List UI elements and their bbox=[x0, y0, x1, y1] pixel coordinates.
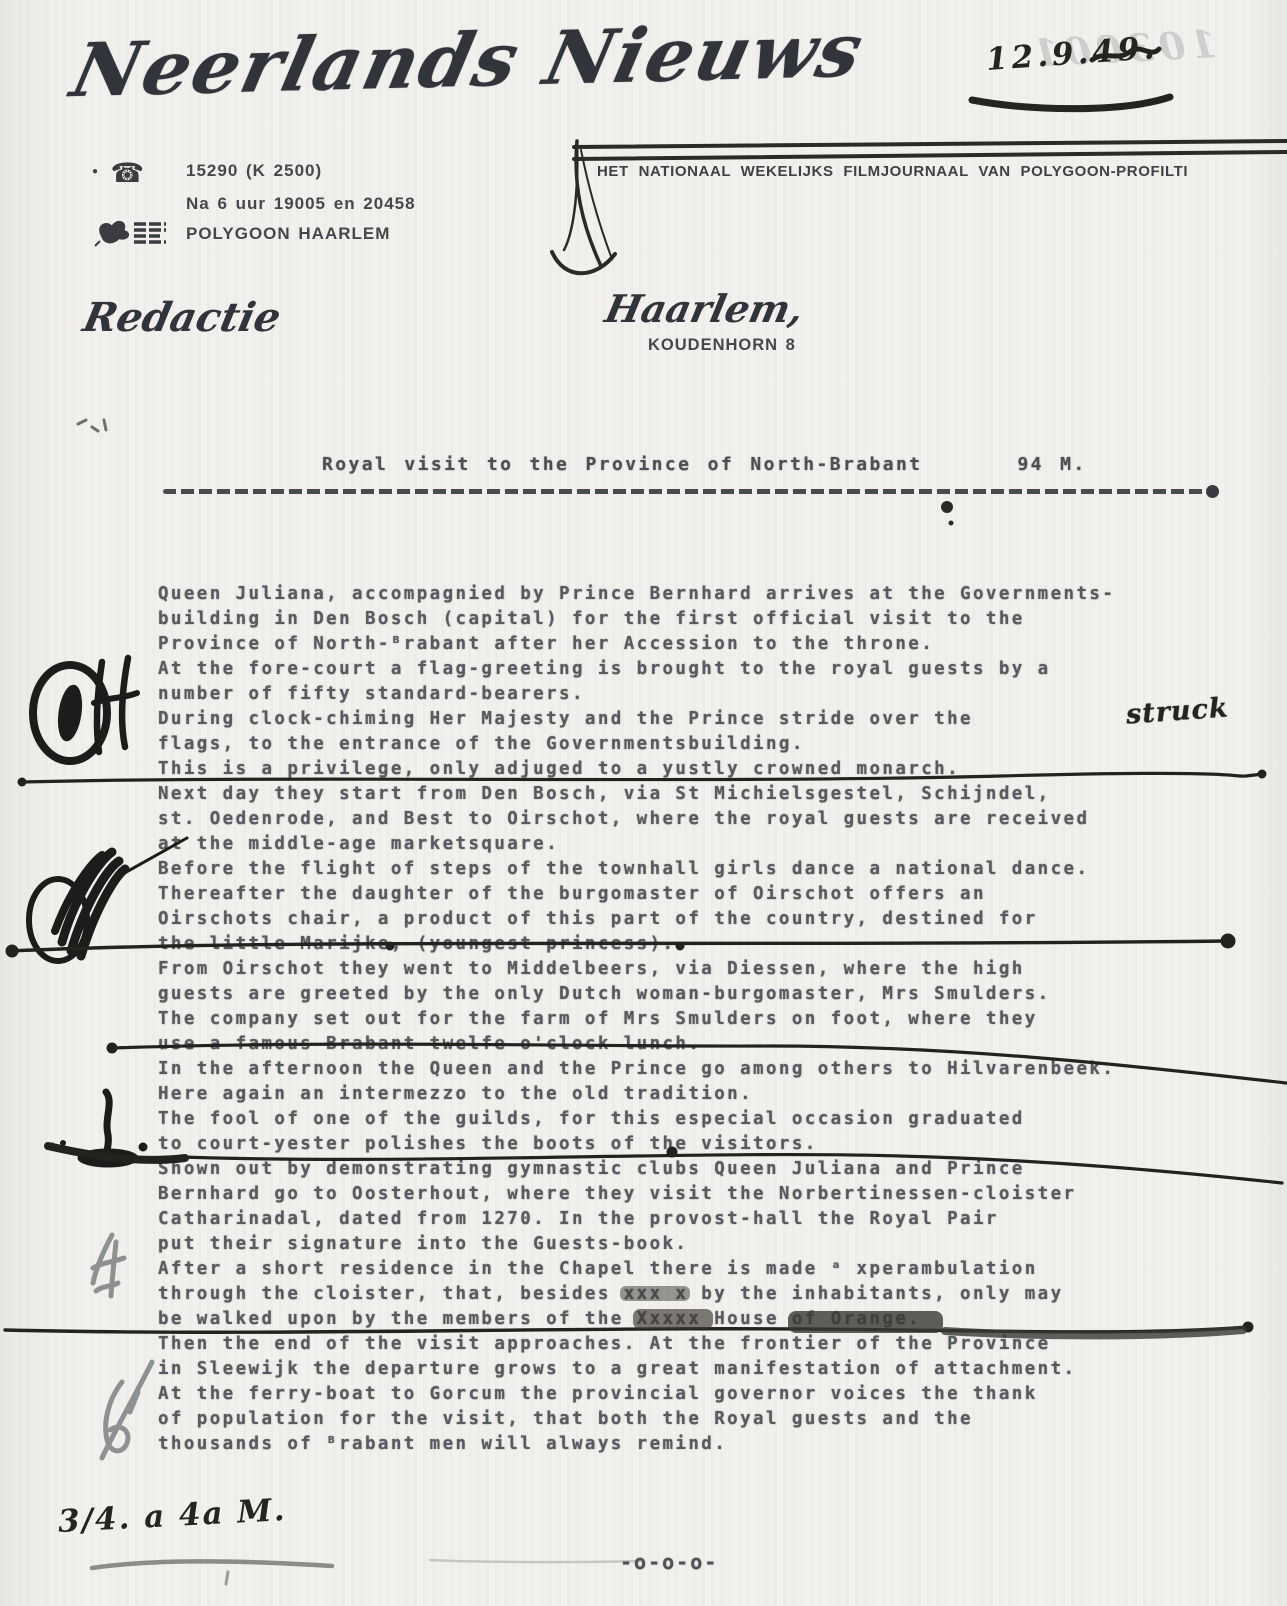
typed-line: through the cloister, that, besides xxx … bbox=[158, 1282, 1287, 1307]
ink-splotch bbox=[49, 1092, 147, 1167]
title-underline bbox=[163, 489, 1205, 494]
typed-line: Then the end of the visit approaches. At… bbox=[158, 1332, 1287, 1357]
typed-line: At the fore-court a flag-greeting is bro… bbox=[158, 657, 1287, 682]
circled-ink-mark-with-H bbox=[33, 658, 137, 761]
logo-neerlands-nieuws: Neerlands Nieuws bbox=[64, 8, 872, 114]
typed-line: at the middle-age marketsquare. bbox=[158, 832, 1287, 857]
typed-line: Province of North-ᴮrabant after her Acce… bbox=[158, 632, 1287, 657]
typed-line: Here again an intermezzo to the old trad… bbox=[158, 1082, 1287, 1107]
carrier-pigeon-telegraph-icon bbox=[92, 216, 174, 253]
typed-line: Oirschots chair, a product of this part … bbox=[158, 907, 1287, 932]
typed-line: The fool of one of the guilds, for this … bbox=[158, 1107, 1287, 1132]
handwritten-date: 12.9.49. bbox=[985, 30, 1159, 78]
document-title: Royal visit to the Province of North-Bra… bbox=[322, 454, 922, 475]
typed-line: use a famous Brabant twelfe o'clock lunc… bbox=[158, 1032, 1287, 1057]
ink-dot bbox=[941, 501, 954, 526]
typed-line: number of fifty standard-bearers. bbox=[158, 682, 1287, 707]
typed-line: in Sleewijk the departure grows to a gre… bbox=[158, 1357, 1287, 1382]
typed-line: flags, to the entrance of the Government… bbox=[158, 732, 1287, 757]
address: KOUDENHORN 8 bbox=[648, 336, 796, 355]
handwritten-footer-note: 3/4. a 4a M. bbox=[57, 1492, 287, 1540]
typed-line: Catharinadal, dated from 1270. In the pr… bbox=[158, 1207, 1287, 1232]
typed-line: st. Oedenrode, and Best to Oirschot, whe… bbox=[158, 807, 1287, 832]
studio-name: POLYGOON HAARLEM bbox=[186, 224, 390, 244]
scanned-letter-page: Neerlands Nieuws ● ☎ 15290 (K 2500) Na 6… bbox=[0, 0, 1287, 1606]
typed-line: thousands of ᴮrabant men will always rem… bbox=[158, 1432, 1287, 1457]
phone-icon: ● ☎ bbox=[92, 158, 144, 189]
typed-line: During clock-chiming Her Majesty and the… bbox=[158, 707, 1287, 732]
typed-line: Next day they start from Den Bosch, via … bbox=[158, 782, 1287, 807]
typed-line: Thereafter the daughter of the burgomast… bbox=[158, 882, 1287, 907]
typed-line: In the afternoon the Queen and the Princ… bbox=[158, 1057, 1287, 1082]
after-hours-numbers: Na 6 uur 19005 en 20458 bbox=[186, 194, 416, 214]
phone-number: 15290 (K 2500) bbox=[186, 161, 322, 181]
typed-line: to court-yester polishes the boots of th… bbox=[158, 1132, 1287, 1157]
redactie-label: Redactie bbox=[79, 294, 285, 341]
typed-line: From Oirschot they went to Middelbeers, … bbox=[158, 957, 1287, 982]
pencil-mark-4 bbox=[93, 1235, 124, 1296]
typed-line: building in Den Bosch (capital) for the … bbox=[158, 607, 1287, 632]
typed-line: Shown out by demonstrating gymnastic clu… bbox=[158, 1157, 1287, 1182]
typed-line: The company set out for the farm of Mrs … bbox=[158, 1007, 1287, 1032]
typed-line: Before the flight of steps of the townha… bbox=[158, 857, 1287, 882]
typed-line: the little Marijke, (youngest princess). bbox=[158, 932, 1287, 957]
typed-line: of population for the visit, that both t… bbox=[158, 1407, 1287, 1432]
footer-note-underline bbox=[92, 1560, 640, 1584]
end-mark: -o-o-o- bbox=[620, 1550, 718, 1574]
pencil-mark-6-slash bbox=[102, 1362, 152, 1458]
small-pen-marks bbox=[78, 420, 106, 431]
typed-line: After a short residence in the Chapel th… bbox=[158, 1257, 1287, 1282]
title-length: 94 M. bbox=[1017, 454, 1086, 475]
typed-line: Queen Juliana, accompagnied by Prince Be… bbox=[158, 582, 1287, 607]
tagline: HET NATIONAAL WEKELIJKS FILMJOURNAAL VAN… bbox=[597, 163, 1188, 180]
city-script: Haarlem, bbox=[601, 286, 808, 331]
typed-line: Bernhard go to Oosterhout, where they vi… bbox=[158, 1182, 1287, 1207]
typed-line: be walked upon by the members of the Xxx… bbox=[158, 1307, 1287, 1332]
flag-pennant-sketch bbox=[552, 141, 1287, 273]
typed-line: guests are greeted by the only Dutch wom… bbox=[158, 982, 1287, 1007]
title-row: Royal visit to the Province of North-Bra… bbox=[322, 454, 1087, 475]
typed-line: put their signature into the Guests-book… bbox=[158, 1232, 1287, 1257]
typed-line: This is a privilege, only adjuged to a y… bbox=[158, 757, 1287, 782]
typed-body: Queen Juliana, accompagnied by Prince Be… bbox=[158, 582, 1287, 1457]
typed-line: At the ferry-boat to Gorcum the provinci… bbox=[158, 1382, 1287, 1407]
